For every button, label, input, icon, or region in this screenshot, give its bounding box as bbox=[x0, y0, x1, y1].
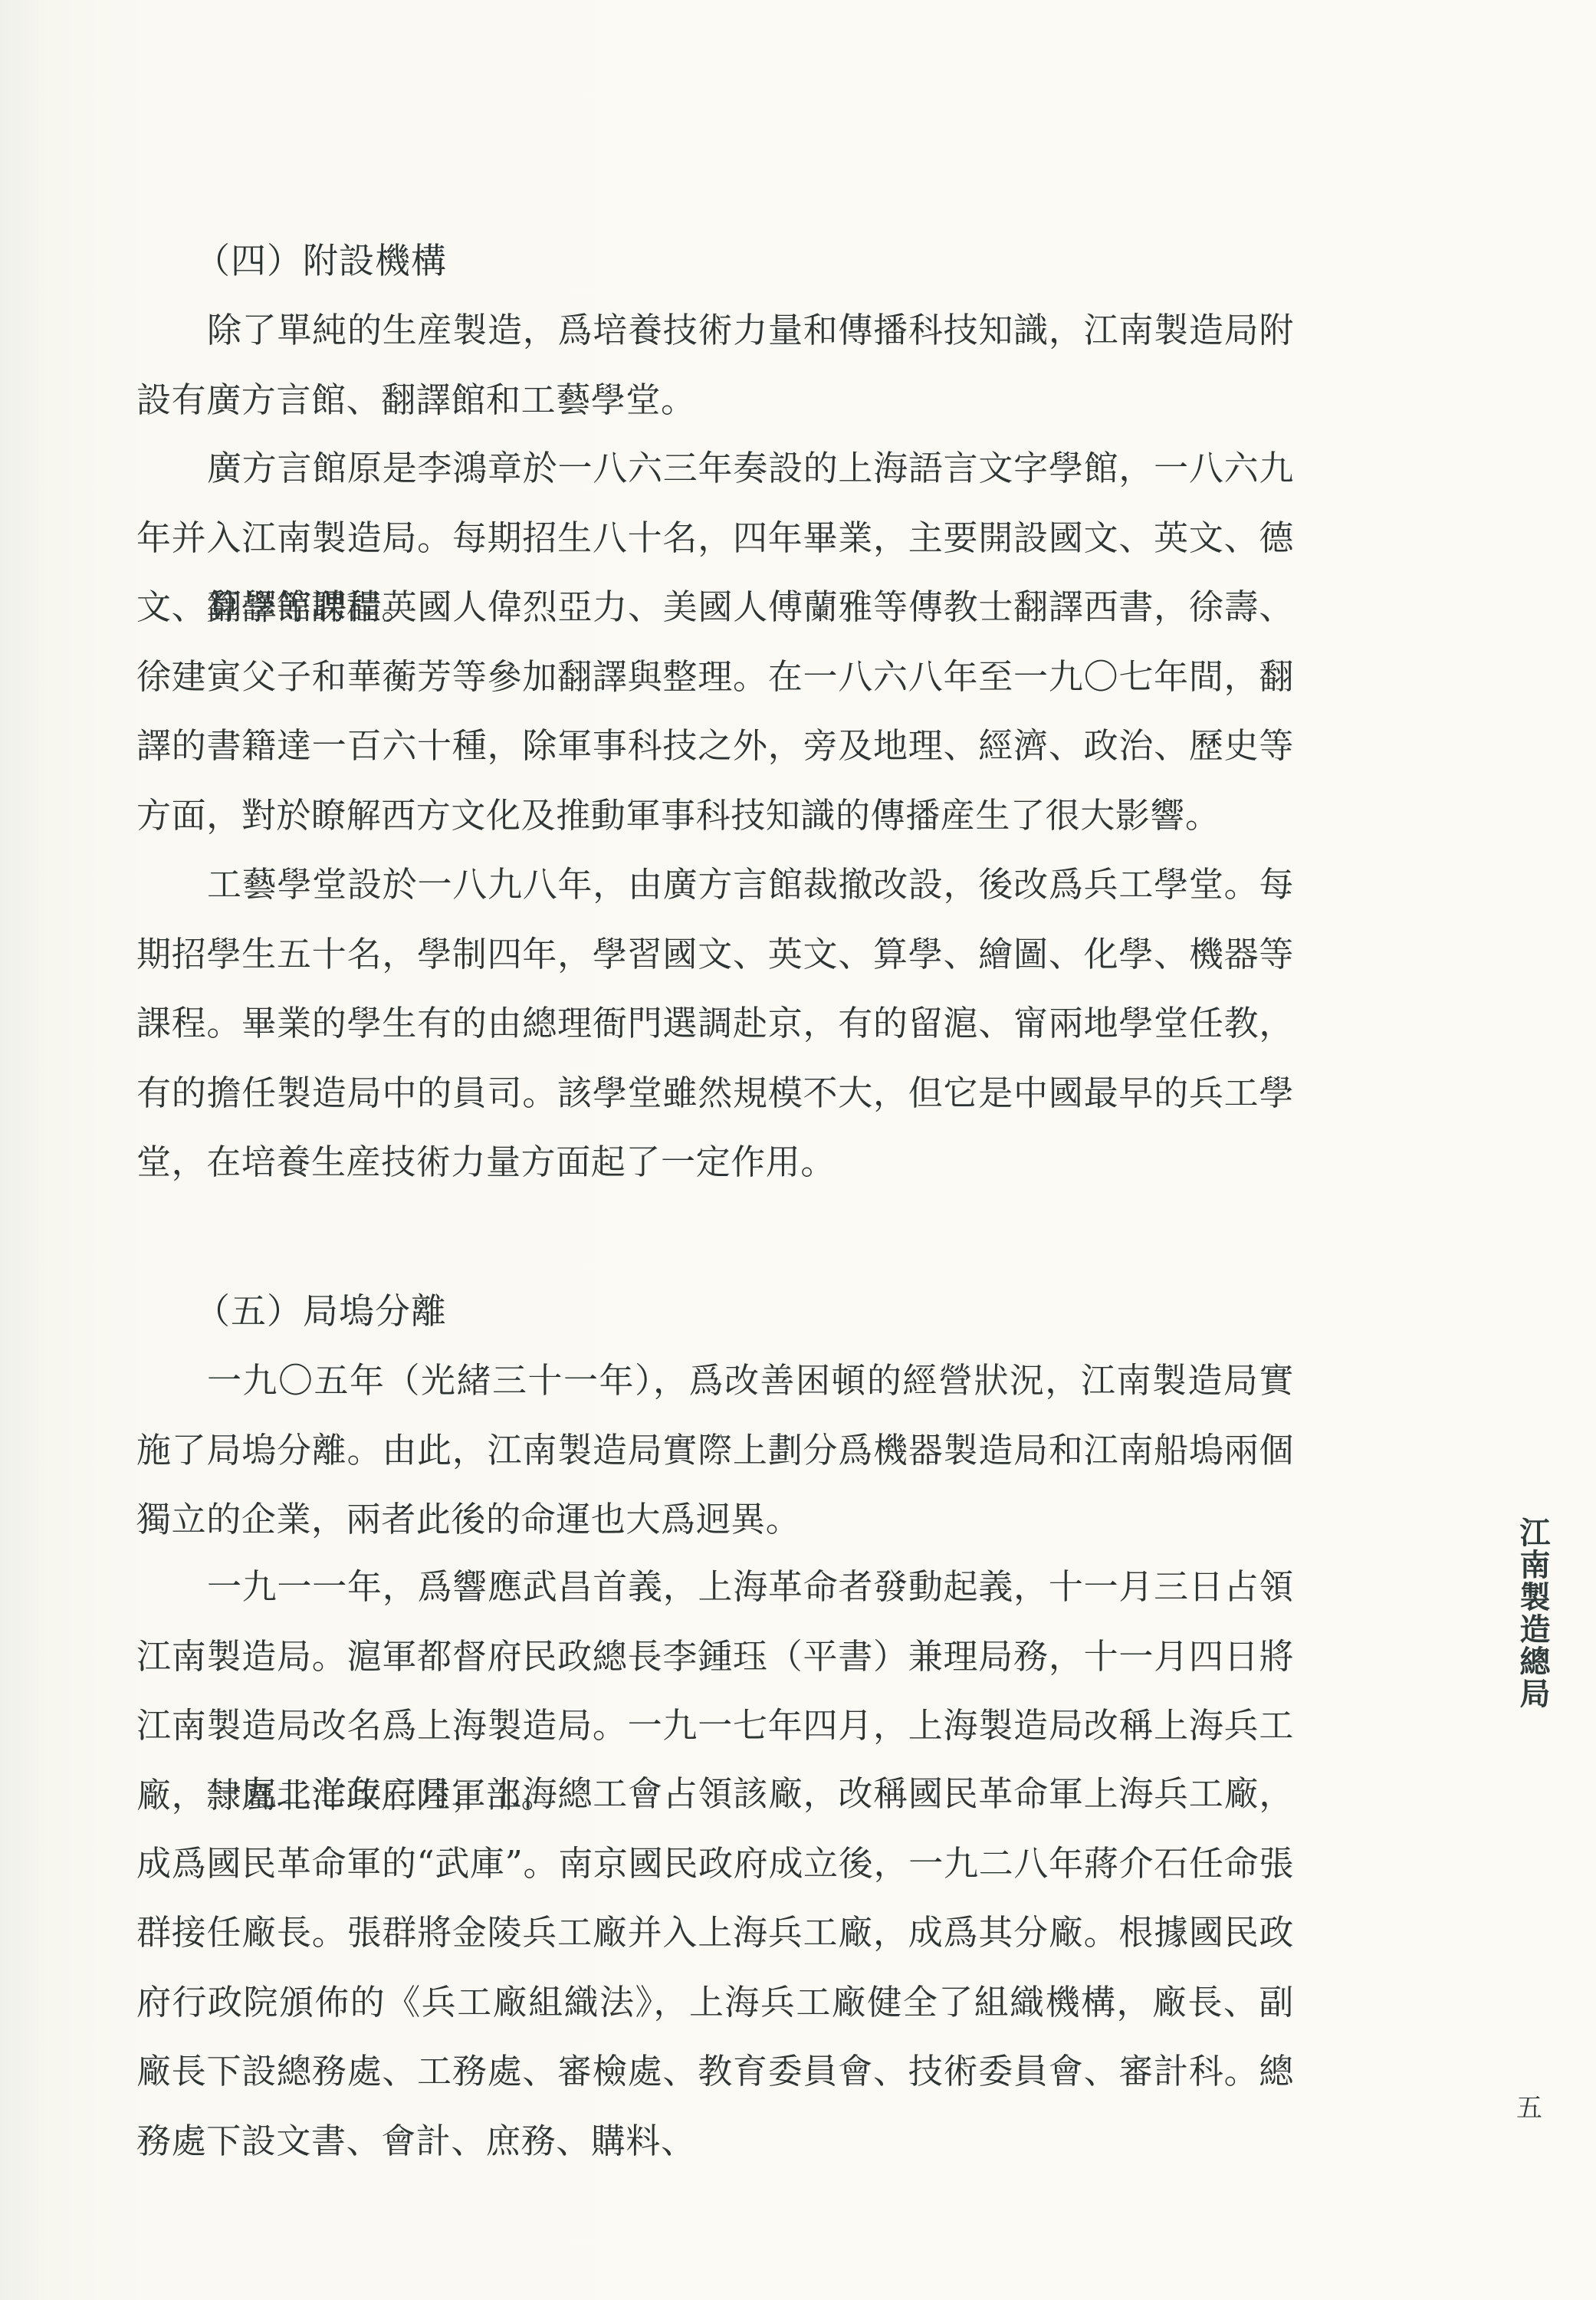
paragraph-4-3: 翻譯館聘請英國人偉烈亞力、美國人傅蘭雅等傳教士翻譯西書，徐壽、徐建寅父子和華蘅芳… bbox=[136, 573, 1294, 850]
section-heading-4: （四）附設機構 bbox=[195, 238, 447, 284]
page-number: 五 bbox=[1516, 2087, 1542, 2124]
paragraph-5-1: 一九〇五年（光緒三十一年），爲改善困頓的經營狀況，江南製造局實施了局塢分離。由此… bbox=[136, 1346, 1294, 1555]
section-heading-5: （五）局塢分離 bbox=[195, 1288, 447, 1334]
running-title: 江南製造總局 bbox=[1512, 1516, 1550, 1710]
paragraph-4-4: 工藝學堂設於一八九八年，由廣方言館裁撤改設，後改爲兵工學堂。每期招學生五十名，學… bbox=[136, 850, 1294, 1198]
paragraph-4-1: 除了單純的生産製造，爲培養技術力量和傳播科技知識，江南製造局附設有廣方言館、翻譯… bbox=[136, 296, 1294, 435]
paragraph-5-3: 一九二七年三月，上海總工會占領該廠，改稱國民革命軍上海兵工廠，成爲國民革命軍的“… bbox=[136, 1760, 1294, 2176]
